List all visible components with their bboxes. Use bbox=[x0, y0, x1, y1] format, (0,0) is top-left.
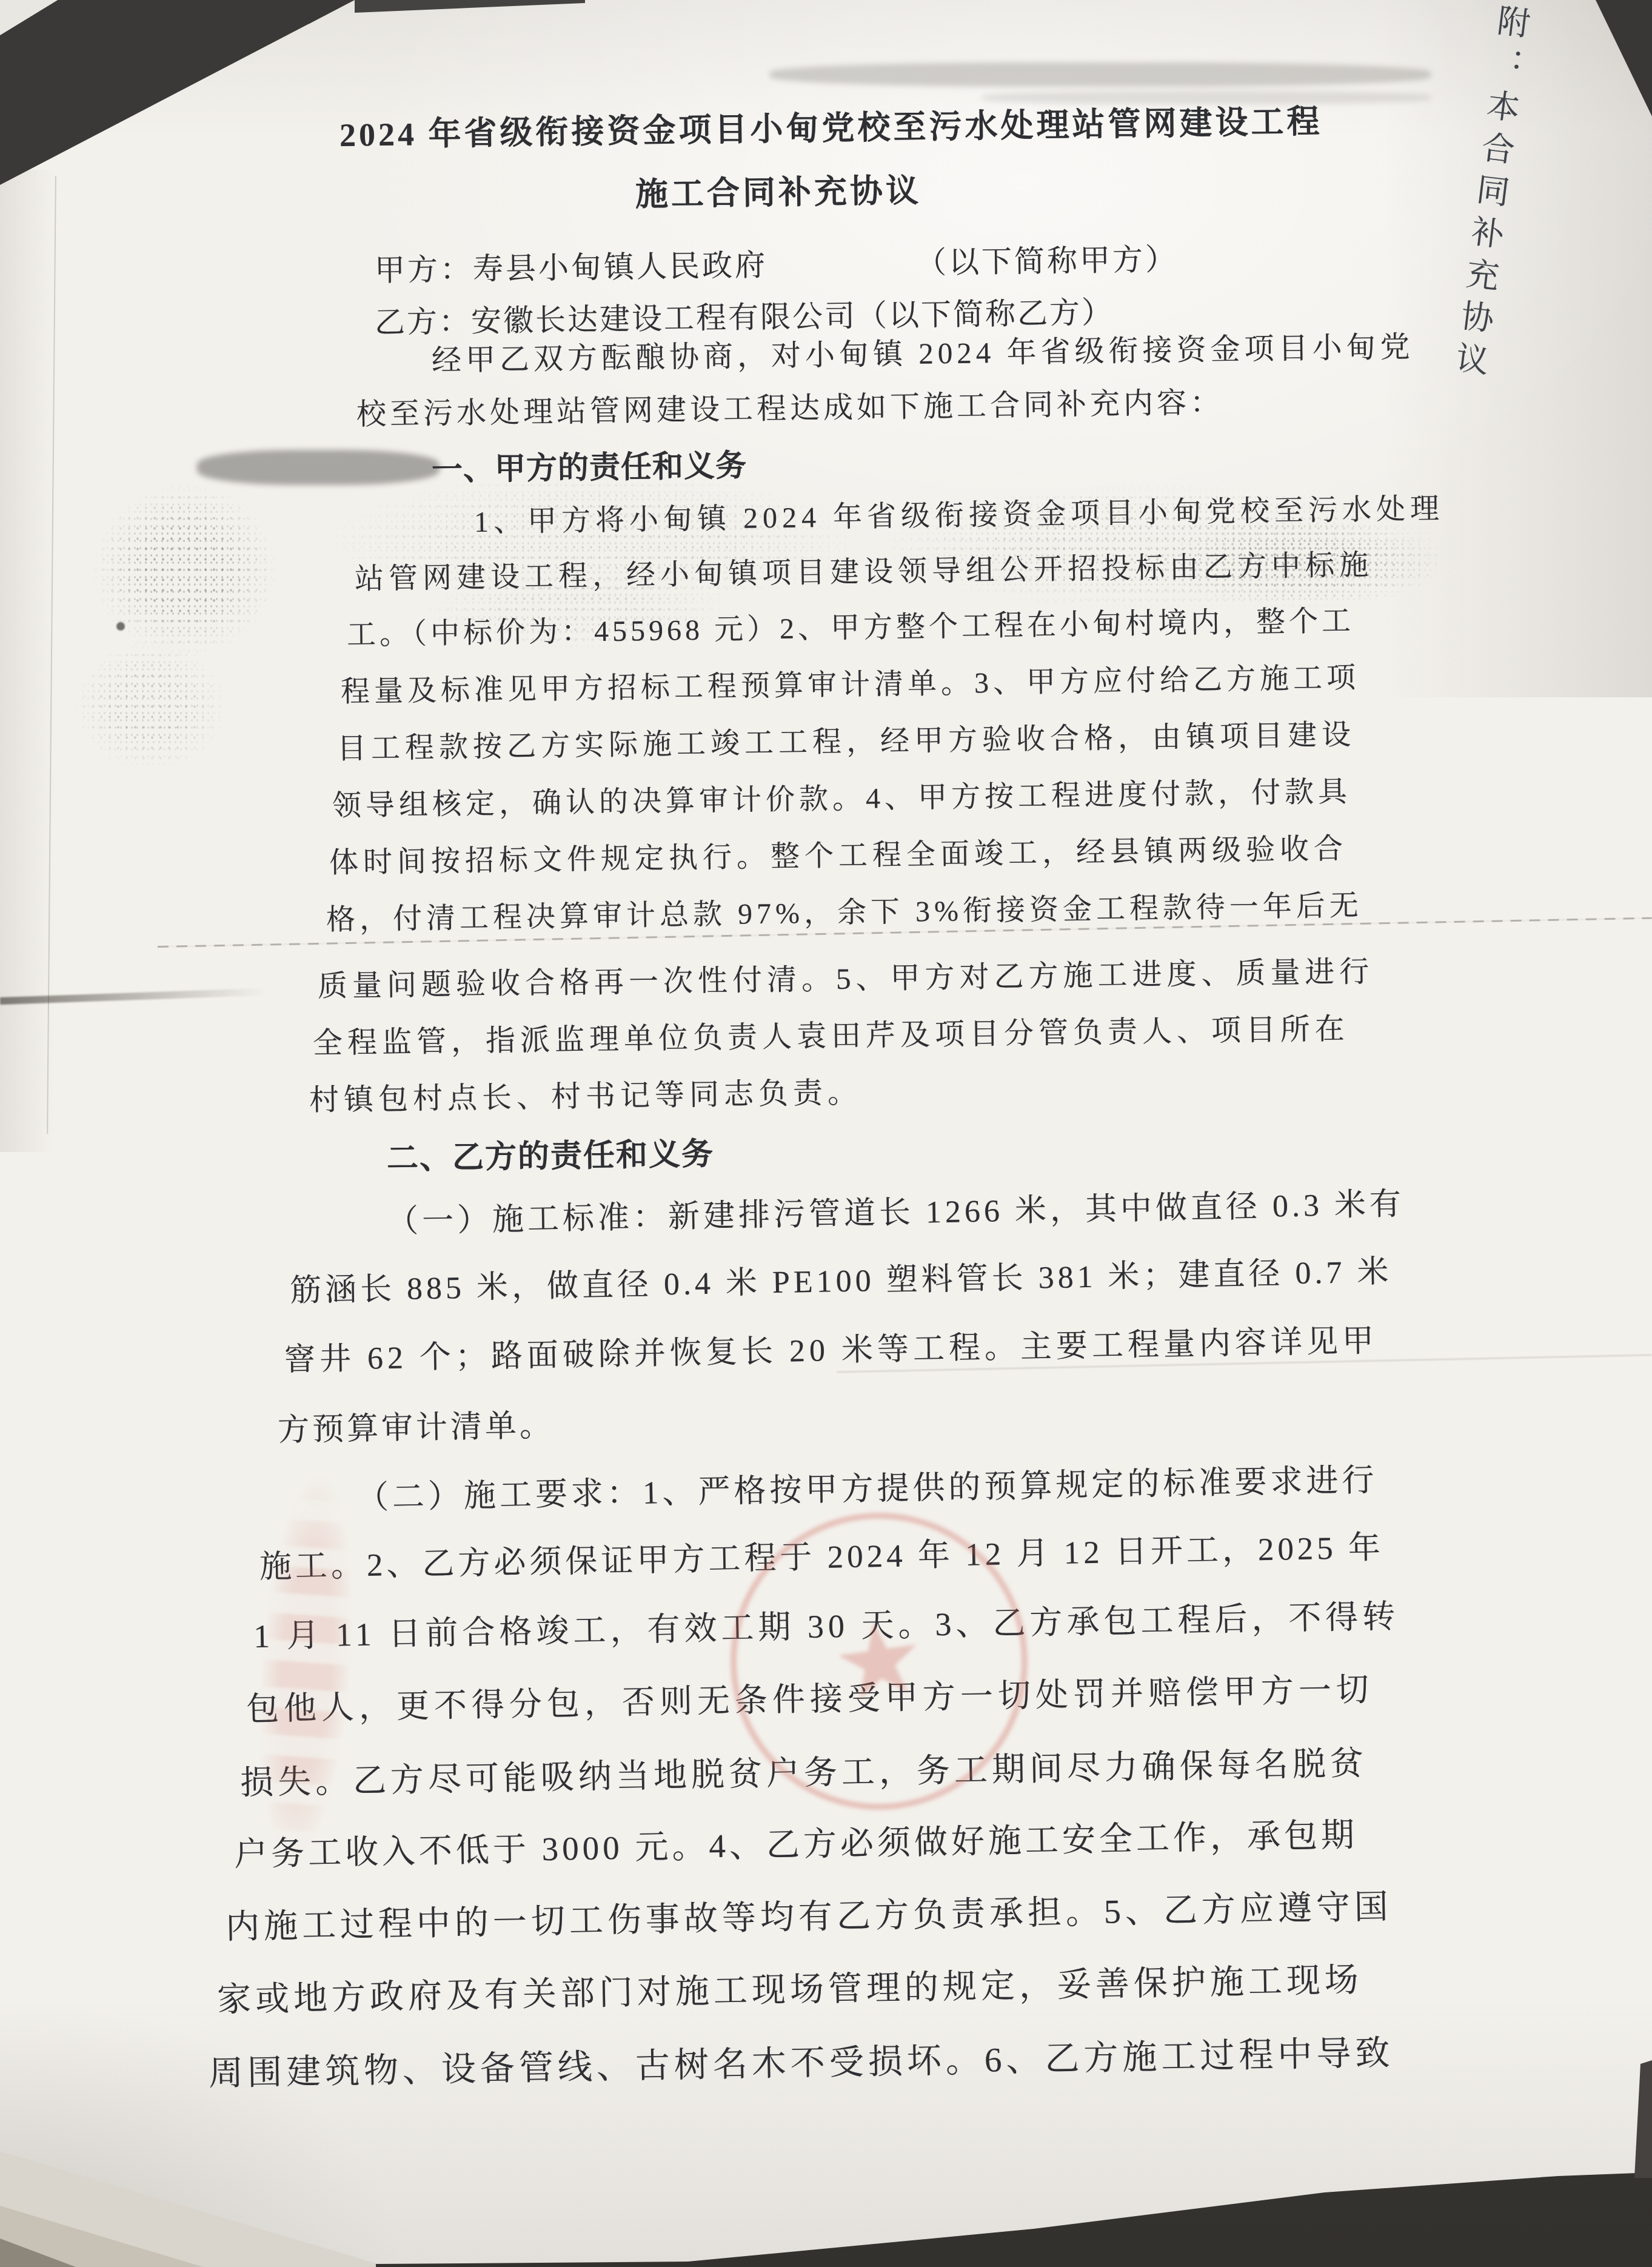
left-edge-shadow bbox=[0, 170, 55, 1152]
ink-dot bbox=[116, 622, 125, 631]
contract-line: （二）施工要求：1、严格按甲方提供的预算规定的标准要求进行 bbox=[356, 1455, 1378, 1518]
faint-seal-marks bbox=[247, 1471, 365, 1864]
contract-line: 周围建筑物、设备管线、古树名木不受损坏。6、乙方施工过程中导致 bbox=[208, 2025, 1394, 2095]
contract-line: 体时间按招标文件规定执行。整个工程全面竣工，经县镇两级验收合 bbox=[329, 825, 1348, 881]
contract-line: 目工程款按乙方实际施工竣工工程，经甲方验收合格，由镇项目建设 bbox=[337, 711, 1356, 767]
handwritten-margin-note: 附：本合同补充协议 bbox=[1442, 2, 1537, 404]
toner-speckles bbox=[91, 482, 279, 658]
document-title-line2: 施工合同补充协议 bbox=[635, 164, 921, 215]
contract-line: 村镇包村点长、村书记等同志负责。 bbox=[309, 1069, 863, 1119]
section1-heading: 一、甲方的责任和义务 bbox=[431, 440, 747, 489]
contract-line: 窨井 62 个；路面破除并恢复长 20 米等工程。主要工程量内容详见甲 bbox=[283, 1315, 1378, 1379]
contract-line: 格，付清工程决算审计总款 97%，余下 3%衔接资金工程款待一年后无 bbox=[326, 882, 1363, 938]
contract-line: （一）施工标准：新建排污管道长 1266 米，其中做直径 0.3 米有 bbox=[386, 1178, 1405, 1241]
photographed-contract-page: 2024 年省级衔接资金项目小甸党校至污水处理站管网建设工程 施工合同补充协议 … bbox=[0, 0, 1652, 2267]
contract-line: 筋涵长 885 米，做直径 0.4 米 PE100 塑料管长 381 米；建直径… bbox=[289, 1245, 1393, 1310]
party-a-line: 甲方：寿县小甸镇人民政府 （以下简称甲方） bbox=[374, 235, 1178, 290]
fold-crease-left bbox=[0, 988, 267, 1005]
shadow-smear bbox=[770, 62, 1431, 87]
seal-star-icon: ★ bbox=[826, 1604, 932, 1719]
contract-line: 全程监管，指派监理单位负责人袁田芹及项目分管负责人、项目所在 bbox=[313, 1005, 1350, 1062]
contract-line: 质量问题验收合格再一次性付清。5、甲方对乙方施工进度、质量进行 bbox=[318, 948, 1374, 1005]
toner-smear bbox=[197, 450, 440, 485]
contract-line: 程量及标准见甲方招标工程预算审计清单。3、甲方应付给乙方施工项 bbox=[341, 654, 1360, 710]
document-title-line1: 2024 年省级衔接资金项目小甸党校至污水处理站管网建设工程 bbox=[339, 95, 1322, 156]
section2-heading: 二、乙方的责任和义务 bbox=[386, 1128, 714, 1178]
contract-line: 领导组核定，确认的决算审计价款。4、甲方按工程进度付款，付款具 bbox=[332, 768, 1352, 824]
contract-line: 方预算审计清单。 bbox=[277, 1399, 554, 1450]
contract-line: 户务工收入不低于 3000 元。4、乙方必须做好施工安全工作，承包期 bbox=[233, 1808, 1358, 1875]
contract-line: 家或地方政府及有关部门对施工现场管理的规定，妥善保护施工现场 bbox=[216, 1953, 1363, 2021]
under-sheet-edge bbox=[47, 176, 56, 1134]
contract-line: 内施工过程中的一切工伤事故等均有乙方负责承担。5、乙方应遵守国 bbox=[225, 1880, 1393, 1949]
toner-speckles bbox=[72, 640, 229, 773]
intro-line: 校至污水处理站管网建设工程达成如下施工合同补充内容： bbox=[356, 379, 1224, 434]
